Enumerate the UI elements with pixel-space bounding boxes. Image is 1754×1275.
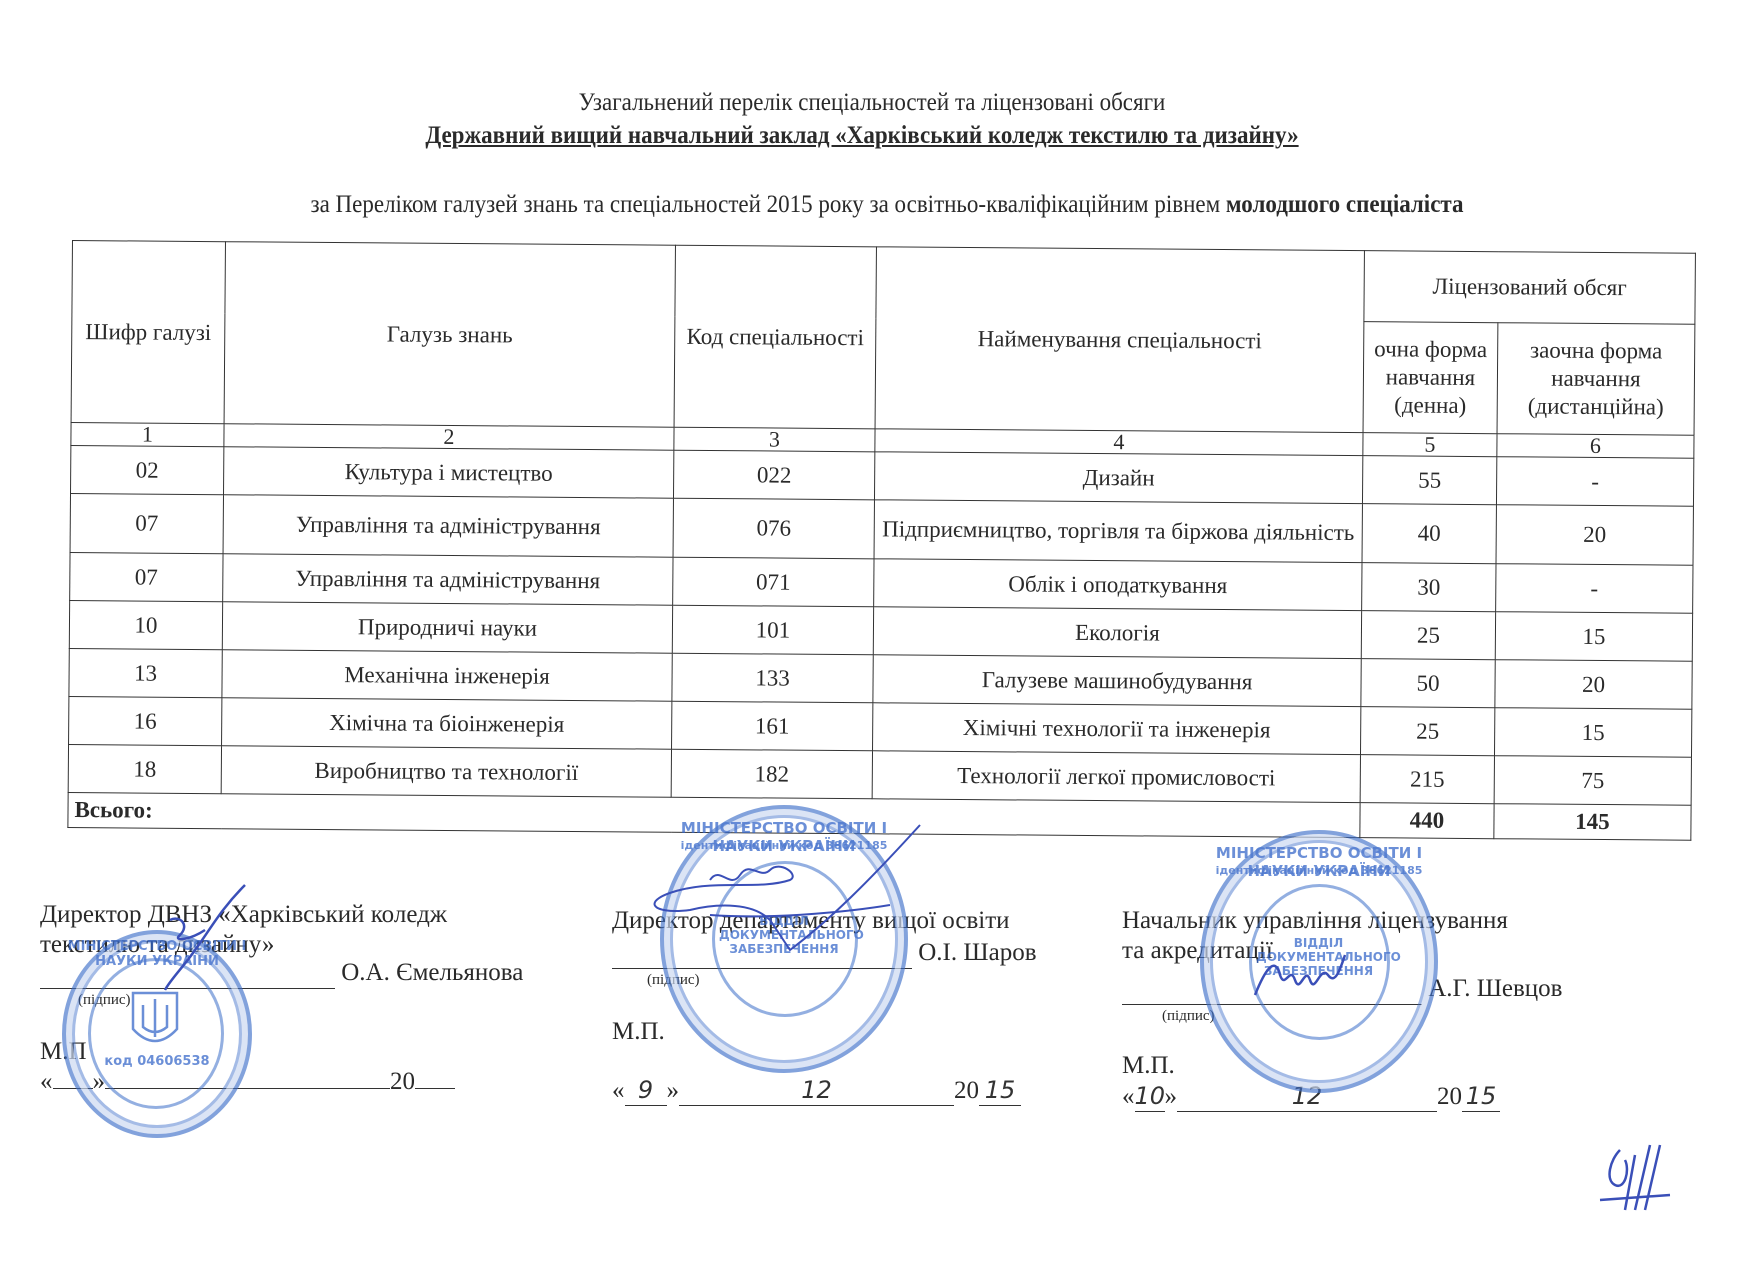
stamp-code-text: ідентифікаційний код 38621185 xyxy=(1204,864,1434,877)
cell-field: Виробництво та технології xyxy=(221,746,671,798)
total-full-time: 440 xyxy=(1360,803,1494,839)
column-number: 3 xyxy=(674,427,875,452)
cell-code: 022 xyxy=(673,450,874,500)
cell-code: 161 xyxy=(672,701,873,751)
cell-name: Дизайн xyxy=(874,452,1362,504)
column-number: 6 xyxy=(1497,434,1694,459)
institution-name: Державний вищий навчальний заклад «Харкі… xyxy=(55,121,1669,151)
header-spec-name: Найменування спеціальності xyxy=(875,247,1364,433)
cell-field: Управління та адміністрування xyxy=(223,554,673,606)
date-year-suffix: 15 xyxy=(1462,1081,1500,1112)
cell-name: Технології легкої промисловості xyxy=(872,751,1360,803)
cell-part-time: 15 xyxy=(1495,612,1692,662)
document-subtitle: за Переліком галузей знань та спеціально… xyxy=(80,190,1694,220)
specialties-table: Шифр галузі Галузь знань Код спеціальнос… xyxy=(67,240,1696,841)
cell-name: Хімічні технології та інженерія xyxy=(873,703,1361,755)
signer-name: О.І. Шаров xyxy=(918,939,1036,966)
cell-cipher: 02 xyxy=(71,445,224,494)
cell-code: 182 xyxy=(671,749,872,799)
column-number: 5 xyxy=(1363,433,1497,457)
cell-field: Хімічна та біоінженерія xyxy=(222,698,672,750)
date-year-suffix: 15 xyxy=(979,1075,1021,1106)
cell-cipher: 18 xyxy=(68,744,221,793)
cell-part-time: 20 xyxy=(1496,505,1693,566)
date-month: 12 xyxy=(679,1075,954,1106)
cell-full-time: 215 xyxy=(1360,755,1494,804)
subtitle-level: молодшого спеціаліста xyxy=(1226,191,1464,218)
handwritten-signature-icon xyxy=(150,880,260,1000)
cell-cipher: 10 xyxy=(69,600,222,649)
cell-full-time: 40 xyxy=(1362,504,1496,564)
document-title: Узагальнений перелік спеціальностей та л… xyxy=(65,88,1679,118)
header-part-time: заочна форма навчання (дистанційна) xyxy=(1497,323,1695,436)
cell-full-time: 25 xyxy=(1361,611,1495,660)
cell-field: Культура і мистецтво xyxy=(224,447,674,499)
cell-full-time: 55 xyxy=(1362,456,1496,505)
header-full-time: очна форма навчання (денна) xyxy=(1363,322,1498,434)
cell-full-time: 30 xyxy=(1362,563,1496,612)
cell-code: 133 xyxy=(672,653,873,703)
subtitle-text: за Переліком галузей знань та спеціально… xyxy=(311,191,1226,218)
initials-mark-icon xyxy=(1590,1140,1680,1220)
header-licensed-volume: Ліцензований обсяг xyxy=(1364,251,1696,325)
cell-code: 071 xyxy=(673,557,874,607)
cell-name: Облік і оподаткування xyxy=(874,559,1362,611)
handwritten-signature-icon xyxy=(1250,950,1350,1000)
cell-code: 076 xyxy=(673,498,874,559)
cell-field: Механічна інженерія xyxy=(222,650,672,702)
cell-full-time: 25 xyxy=(1360,707,1494,756)
cell-field: Управління та адміністрування xyxy=(223,495,673,558)
cell-part-time: 75 xyxy=(1494,756,1691,806)
cell-part-time: 15 xyxy=(1494,708,1691,758)
cell-cipher: 16 xyxy=(69,696,222,745)
signer-title: Директор ДВНЗ «Харківський коледж xyxy=(40,900,523,930)
date-day: 10 xyxy=(1135,1081,1165,1112)
cell-part-time: 20 xyxy=(1495,660,1692,710)
cell-part-time: - xyxy=(1496,564,1693,614)
date-year-prefix: 20 xyxy=(390,1068,415,1095)
cell-name: Підприємництво, торгівля та біржова діял… xyxy=(874,500,1362,563)
header-cipher: Шифр галузі xyxy=(71,241,225,424)
cell-name: Галузеве машинобудування xyxy=(873,655,1361,707)
cell-cipher: 07 xyxy=(70,552,223,601)
cell-field: Природничі науки xyxy=(222,602,672,654)
cell-full-time: 50 xyxy=(1361,659,1495,708)
cell-cipher: 07 xyxy=(70,493,223,553)
signer-name: А.Г. Шевцов xyxy=(1428,975,1562,1002)
signer-name: О.А. Ємельянова xyxy=(341,959,523,986)
header-spec-code: Код спеціальності xyxy=(674,245,876,429)
total-part-time: 145 xyxy=(1494,804,1691,841)
cell-name: Екологія xyxy=(873,607,1361,659)
date-day: 9 xyxy=(625,1075,667,1106)
cell-code: 101 xyxy=(672,605,873,655)
handwritten-signature-icon xyxy=(630,820,930,970)
header-field: Галузь знань xyxy=(224,242,675,428)
date-year-suffix xyxy=(415,1088,455,1089)
cell-part-time: - xyxy=(1496,457,1693,507)
cell-cipher: 13 xyxy=(69,648,222,697)
column-number: 1 xyxy=(71,422,224,446)
date-year-prefix: 20 xyxy=(1437,1083,1462,1110)
stamp-code-text: код 04606538 xyxy=(66,1054,248,1069)
date-year-prefix: 20 xyxy=(954,1077,979,1104)
